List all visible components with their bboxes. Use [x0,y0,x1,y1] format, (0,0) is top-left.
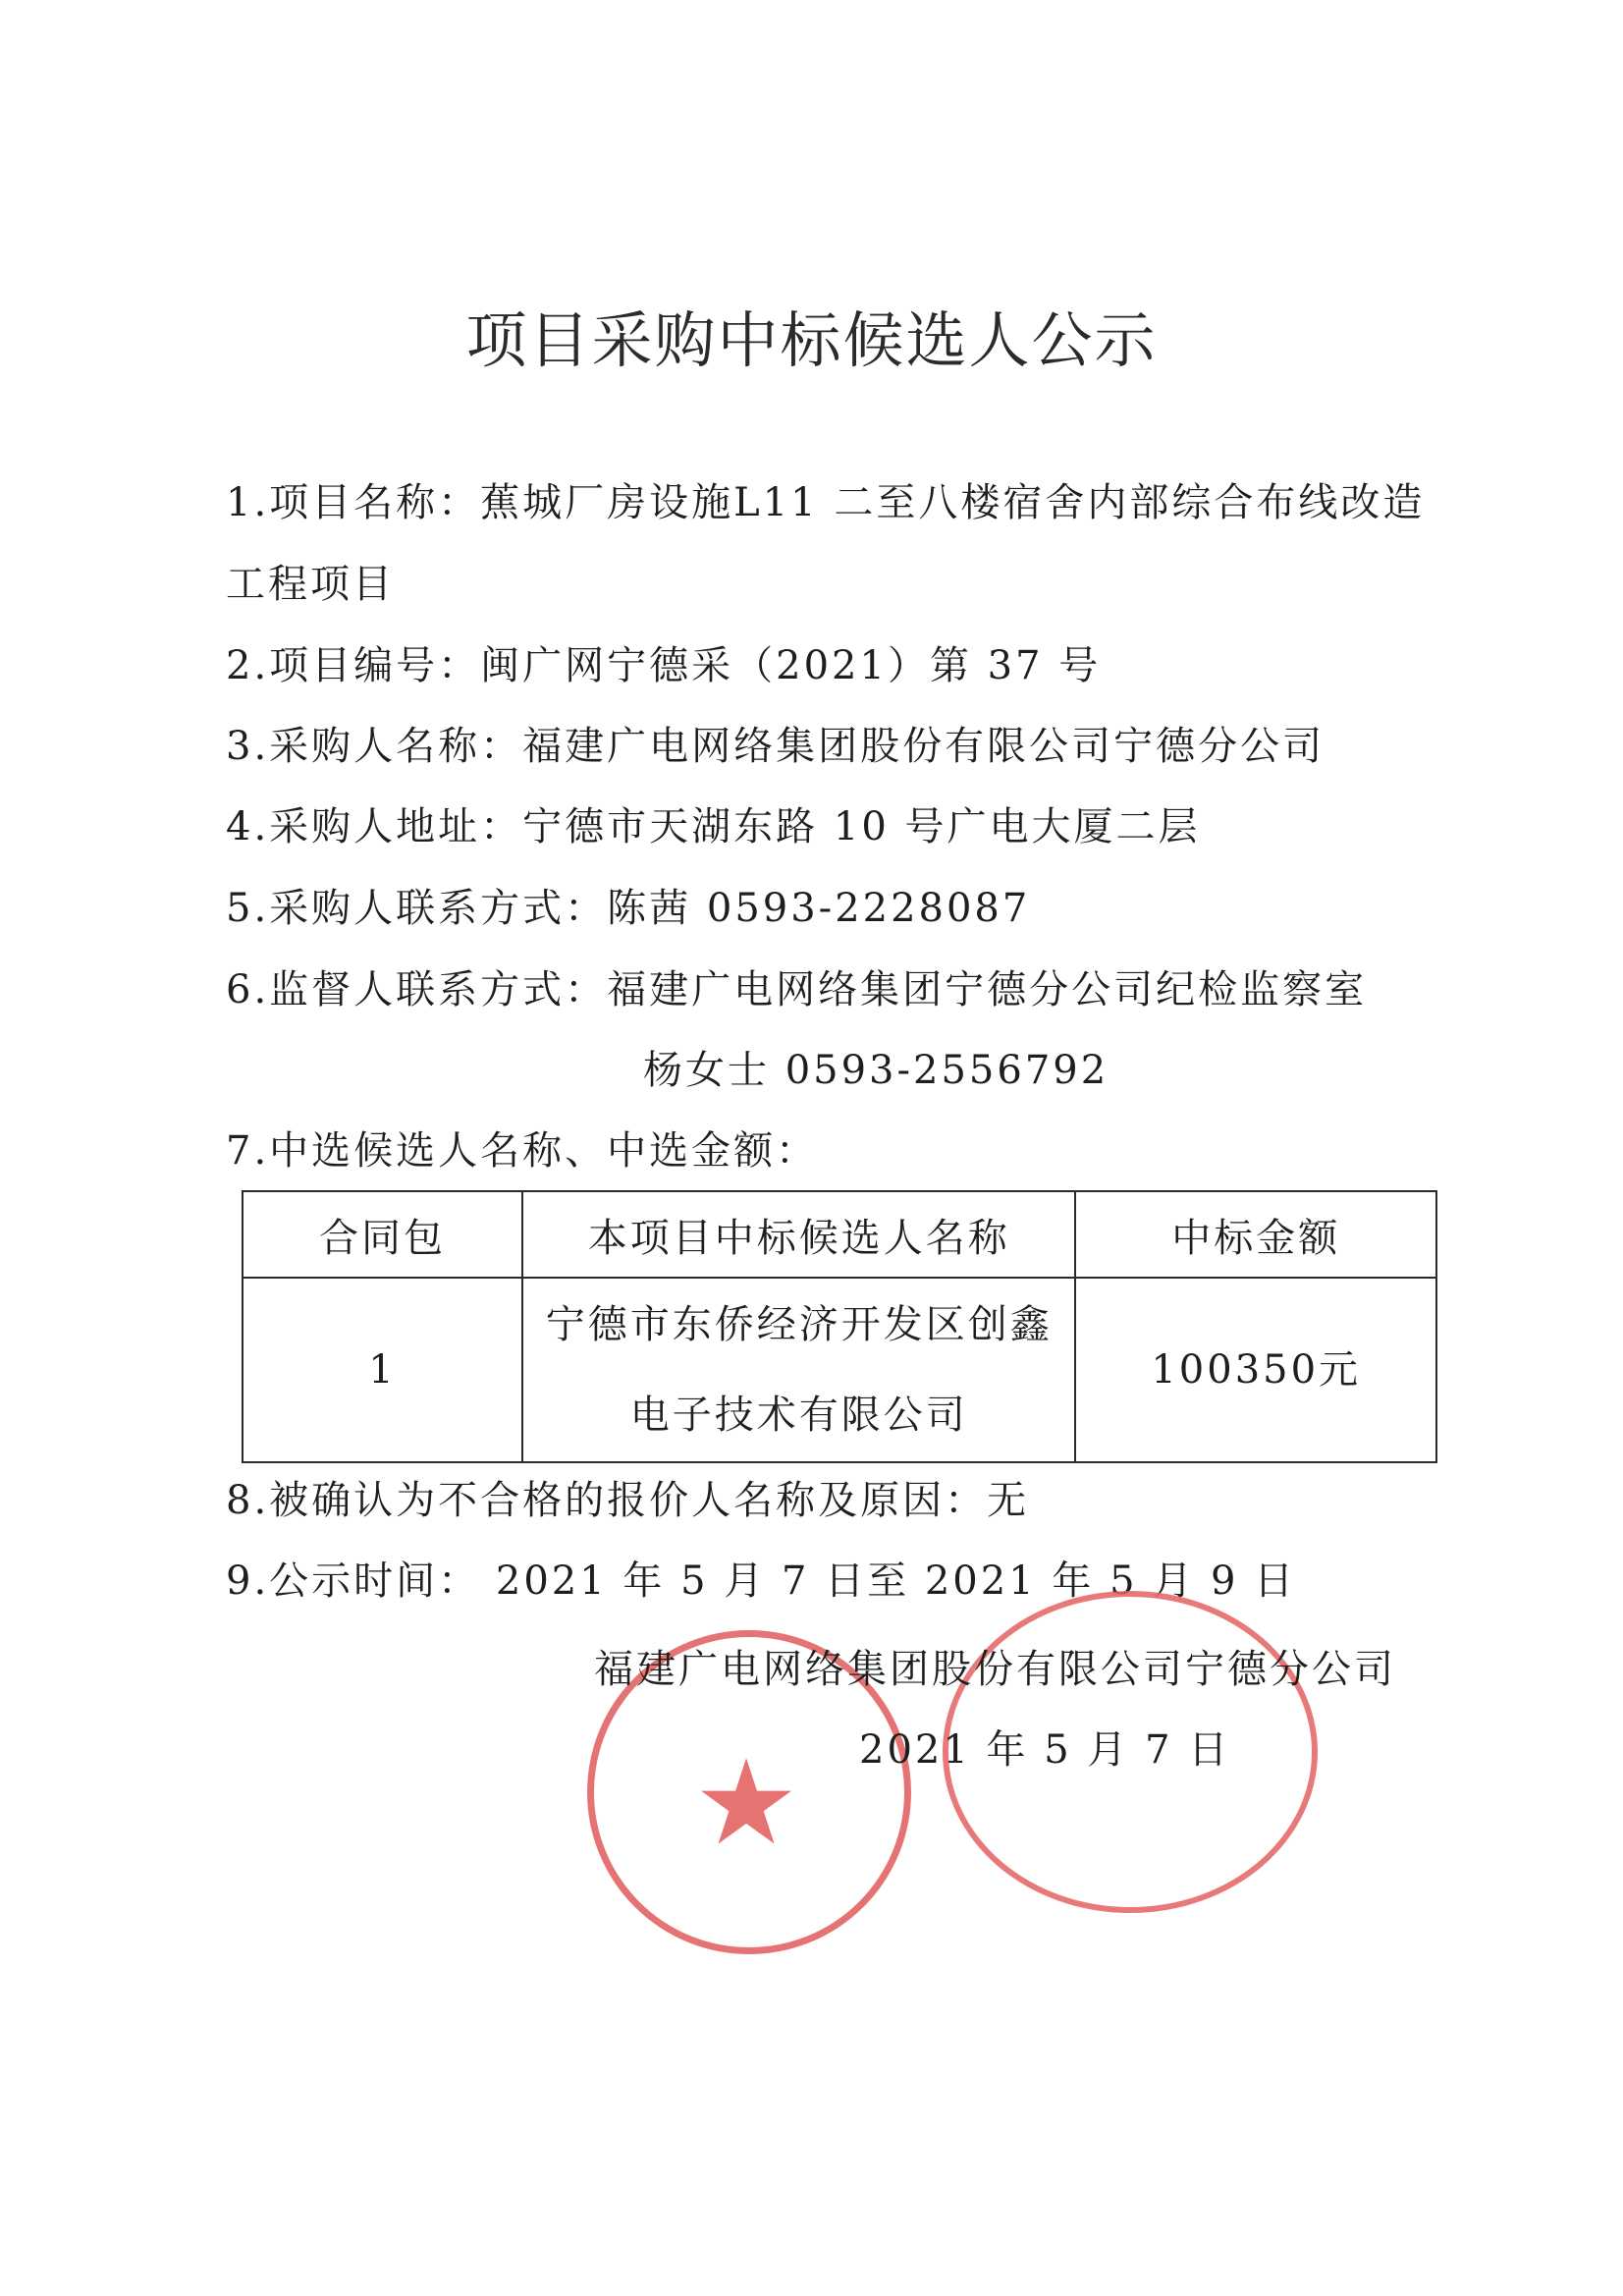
item-purchaser-name: 3.采购人名称：福建广电网络集团股份有限公司宁德分公司 [226,727,1325,766]
header-amount: 中标金额 [1075,1191,1436,1278]
item-supervisor-contact: 6.监督人联系方式：福建广电网络集团宁德分公司纪检监察室 [226,970,1367,1010]
cell-package: 1 [243,1278,522,1462]
item-project-number: 2.项目编号：闽广网宁德采（2021）第 37 号 [226,646,1101,685]
cell-amount: 100350元 [1075,1278,1436,1462]
item-project-name-cont: 工程项目 [226,565,395,604]
item-unqualified: 8.被确认为不合格的报价人名称及原因：无 [226,1481,1029,1520]
header-package: 合同包 [243,1191,522,1278]
item-candidate-heading: 7.中选候选人名称、中选金额： [226,1131,818,1171]
document-title: 项目采购中标候选人公示 [0,292,1623,379]
item-supervisor-contact-cont: 杨女士 0593-2556792 [643,1051,1109,1090]
candidate-name-line2: 电子技术有限公司 [524,1370,1073,1460]
item-project-name: 1.项目名称：蕉城厂房设施L11 二至八楼宿舍内部综合布线改造 [226,483,1425,522]
item-purchaser-contact: 5.采购人联系方式：陈茜 0593-2228087 [226,889,1030,928]
table-row: 1 宁德市东侨经济开发区创鑫 电子技术有限公司 100350元 [243,1278,1436,1462]
star-icon: ★ [687,1745,805,1863]
candidate-name-line1: 宁德市东侨经济开发区创鑫 [524,1280,1073,1370]
header-candidate: 本项目中标候选人名称 [522,1191,1075,1278]
item-purchaser-address: 4.采购人地址：宁德市天湖东路 10 号广电大厦二层 [226,807,1201,847]
signature-org: 福建广电网络集团股份有限公司宁德分公司 [594,1638,1396,1694]
table-header-row: 合同包 本项目中标候选人名称 中标金额 [243,1191,1436,1278]
signature-date: 2021 年 5 月 7 日 [859,1719,1230,1775]
cell-candidate: 宁德市东侨经济开发区创鑫 电子技术有限公司 [522,1278,1075,1462]
candidate-table: 合同包 本项目中标候选人名称 中标金额 1 宁德市东侨经济开发区创鑫 电子技术有… [242,1190,1437,1463]
item-publicity-period: 9.公示时间： 2021 年 5 月 7 日至 2021 年 5 月 9 日 [226,1561,1296,1601]
